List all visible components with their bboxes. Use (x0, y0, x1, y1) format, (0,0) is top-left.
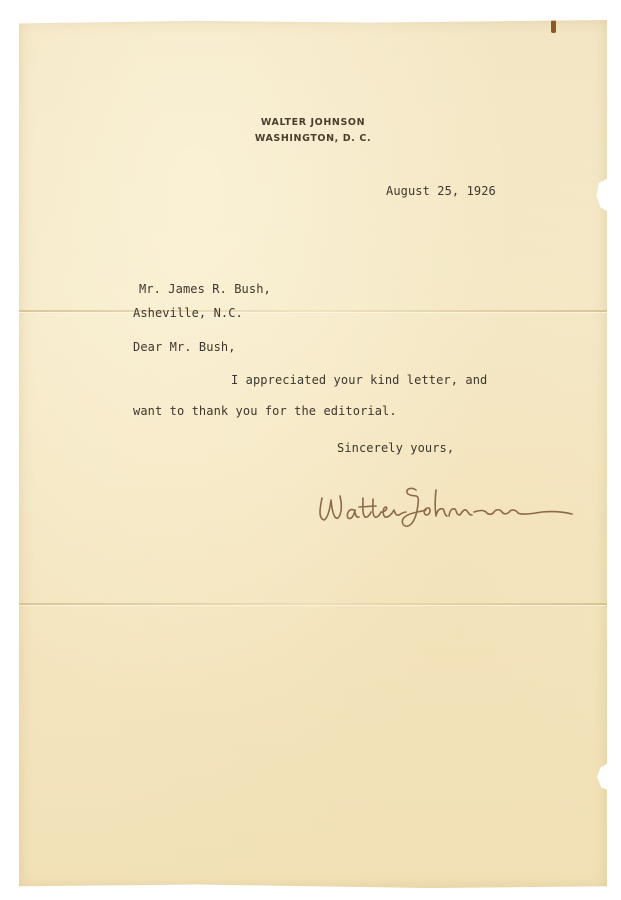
fold-line-upper (19, 310, 607, 312)
fold-line-lower (19, 603, 607, 605)
closing: Sincerely yours, (337, 441, 454, 455)
letterhead-location: WASHINGTON, D. C. (19, 131, 607, 147)
letterhead: WALTER JOHNSON WASHINGTON, D. C. (19, 115, 607, 147)
letter-date: August 25, 1926 (386, 184, 496, 198)
recipient-name: Mr. James R. Bush, (139, 282, 271, 296)
body-line-2: want to thank you for the editorial. (133, 404, 397, 418)
body-line-1: I appreciated your kind letter, and (231, 373, 487, 387)
salutation: Dear Mr. Bush, (133, 340, 236, 354)
recipient-address: Asheville, N.C. (133, 306, 243, 320)
signature-handwriting-icon (316, 482, 581, 532)
letter-paper: WALTER JOHNSON WASHINGTON, D. C. August … (19, 20, 607, 888)
signature (316, 482, 581, 537)
letterhead-name: WALTER JOHNSON (19, 115, 607, 131)
paper-stain (551, 20, 556, 33)
